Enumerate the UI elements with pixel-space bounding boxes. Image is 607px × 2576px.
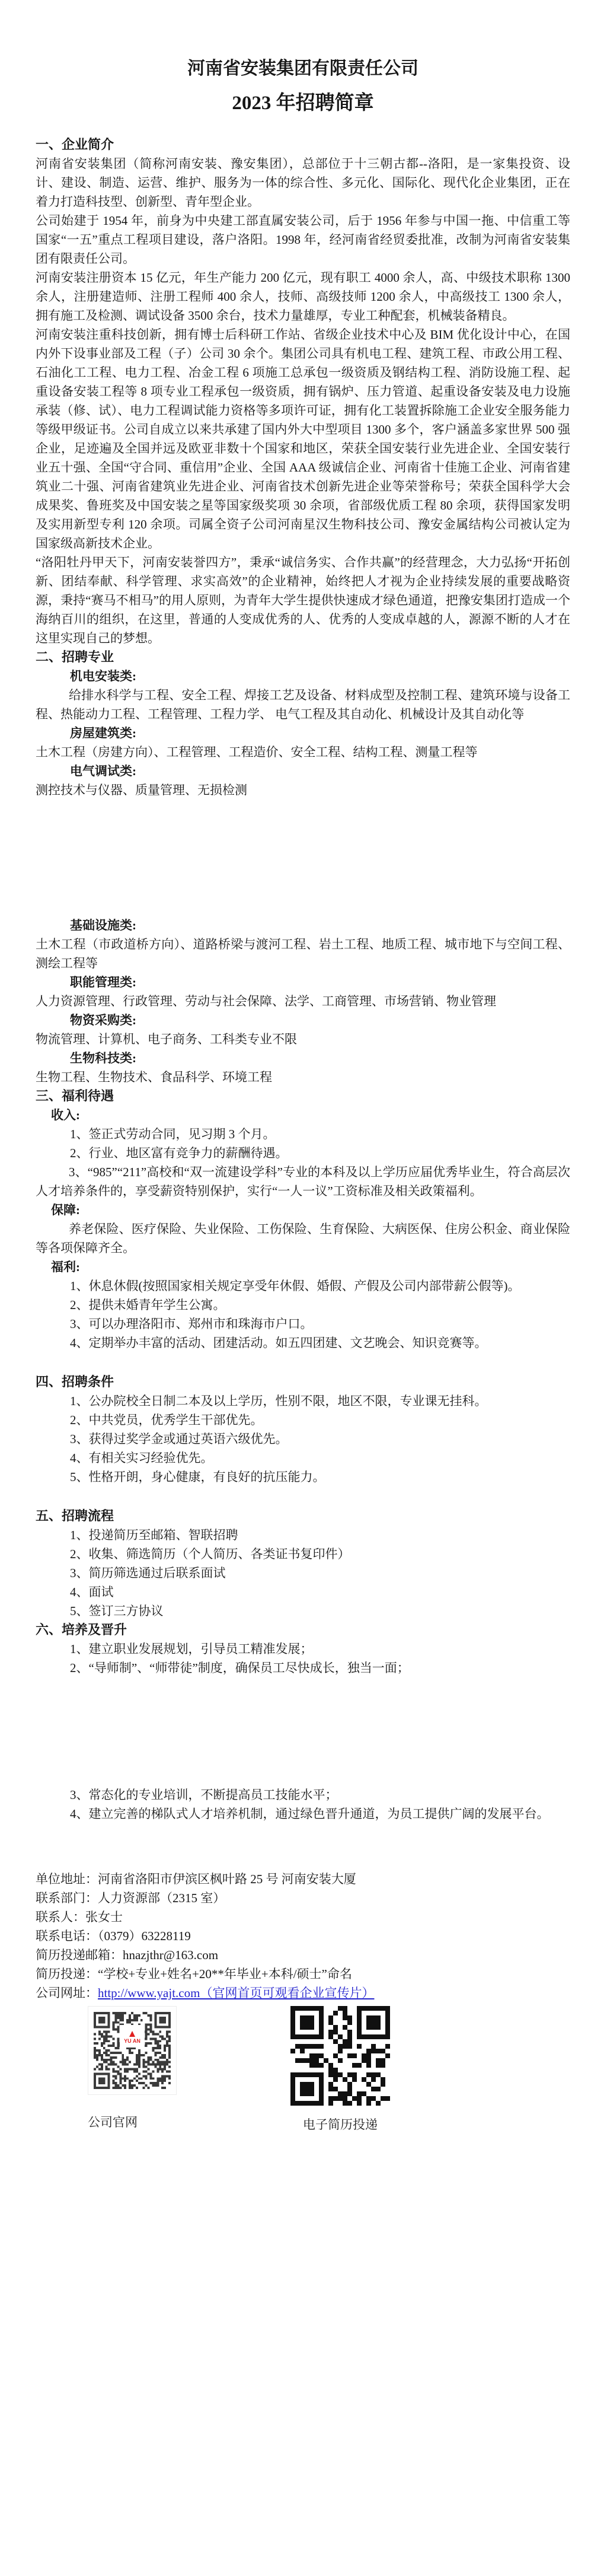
list-item: 4、有相关实习经验优先。 [70,1448,570,1467]
qr-caption-resume: 电子简历投递 [290,2115,390,2134]
category-heading: 生物科技类: [70,1049,570,1068]
company-url-label: 公司网址： [36,1986,98,2000]
paragraph: 给排水科学与工程、安全工程、焊接工艺及设备、材料成型及控制工程、建筑环境与设备工… [36,686,570,724]
page-break-gap [36,1486,570,1507]
recruitment-notice-page: 河南省安装集团有限责任公司2023 年招聘简章一、企业简介河南省安装集团（简称河… [0,0,607,2576]
company-website-qr-code: ▲ YU AN [88,2006,177,2095]
contact-line: 单位地址：河南省洛阳市伊滨区枫叶路 25 号 河南安装大厦 [36,1870,570,1889]
resume-qr-code [290,2006,390,2106]
yuan-logo-text: YU AN [124,2038,140,2044]
list-item: 2、提供未婚青年学生公寓。 [70,1295,570,1314]
list-item: 1、休息休假(按照国家相关规定享受年休假、婚假、产假及公司内部带薪公假等)。 [70,1276,570,1295]
page-break-gap [36,1352,570,1373]
paragraph: 测控技术与仪器、质量管理、无损检测 [36,781,570,800]
benefit-heading: 福利: [51,1257,570,1276]
list-item: 5、性格开朗，身心健康，有良好的抗压能力。 [70,1467,570,1486]
benefit-heading: 收入: [51,1106,570,1125]
document-body: 河南省安装集团有限责任公司2023 年招聘简章一、企业简介河南省安装集团（简称河… [36,0,570,2002]
list-item: 1、公办院校全日制二本及以上学历，性别不限，地区不限，专业课无挂科。 [70,1392,570,1410]
qr-code-row: ▲ YU AN 公司官网 电子简历投递 [36,2006,390,2134]
paragraph: 3、“985”“211”高校和“双一流建设学科”专业的本科及以上学历应届优秀毕业… [36,1163,570,1201]
doc-subtitle: 2023 年招聘简章 [36,88,570,119]
list-item: 4、定期举办丰富的活动、团建活动。如五四团建、文艺晚会、知识竞赛等。 [70,1333,570,1352]
paragraph: 公司始建于 1954 年，前身为中央建工部直属安装公司，后于 1956 年参与中… [36,211,570,268]
section-heading: 六、培养及晋升 [36,1620,570,1639]
paragraph: 生物工程、生物技术、食品科学、环境工程 [36,1068,570,1087]
list-item: 4、面试 [70,1582,570,1601]
resume-qr-figure: 电子简历投递 [290,2006,390,2134]
company-url-line: 公司网址：http://www.yajt.com（官网首页可观看企业宣传片） [36,1983,570,2002]
category-heading: 基础设施类: [70,916,570,935]
list-item: 3、获得过奖学金或通过英语六级优先。 [70,1429,570,1448]
list-item: 1、签正式劳动合同，见习期 3 个月。 [70,1125,570,1144]
category-heading: 机电安装类: [70,667,570,686]
section-heading: 五、招聘流程 [36,1507,570,1526]
list-item: 2、中共党员，优秀学生干部优先。 [70,1410,570,1429]
paragraph: “洛阳牡丹甲天下，河南安装誉四方”，秉承“诚信务实、合作共赢”的经营理念，大力弘… [36,553,570,648]
qr-image [94,2012,171,2089]
paragraph: 河南安装注册资本 15 亿元，年生产能力 200 亿元，现有职工 4000 余人… [36,268,570,325]
category-heading: 房屋建筑类: [70,724,570,743]
paragraph: 人力资源管理、行政管理、劳动与社会保障、法学、工商管理、市场营销、物业管理 [36,992,570,1011]
section-heading: 三、福利待遇 [36,1087,570,1106]
list-item: 3、常态化的专业培训，不断提高员工技能水平； [70,1785,570,1804]
list-item: 1、建立职业发展规划，引导员工精准发展； [70,1639,570,1658]
list-item: 4、建立完善的梯队式人才培养机制，通过绿色晋升通道，为员工提供广阔的发展平台。 [70,1804,570,1823]
list-item: 2、“导师制”、“师带徒”制度，确保员工尽快成长，独当一面； [70,1658,570,1677]
list-item: 2、行业、地区富有竞争力的薪酬待遇。 [70,1144,570,1163]
contact-line: 简历投递邮箱：hnazjthr@163.com [36,1945,570,1964]
section-heading: 一、企业简介 [36,135,570,154]
list-item: 5、签订三方协议 [70,1601,570,1620]
paragraph: 养老保险、医疗保险、失业保险、工伤保险、生育保险、大病医保、住房公积金、商业保险… [36,1219,570,1257]
company-website-link[interactable]: http://www.yajt.com（官网首页可观看企业宣传片） [98,1986,374,2000]
list-item: 2、收集、筛选简历（个人简历、各类证书复印件） [70,1545,570,1564]
page-break-gap [36,1677,570,1785]
category-heading: 职能管理类: [70,973,570,992]
yuan-logo-triangle-icon: ▲ [127,2029,138,2038]
contact-line: 联系电话：（0379）63228119 [36,1927,570,1945]
paragraph: 河南安装注重科技创新，拥有博士后科研工作站、省级企业技术中心及 BIM 优化设计… [36,325,570,553]
paragraph: 物流管理、计算机、电子商务、工科类专业不限 [36,1030,570,1049]
paragraph: 土木工程（房建方向）、工程管理、工程造价、安全工程、结构工程、测量工程等 [36,743,570,762]
list-item: 3、可以办理洛阳市、郑州市和珠海市户口。 [70,1314,570,1333]
contact-line: 联系人：张女士 [36,1908,570,1927]
contact-line: 联系部门：人力资源部（2315 室） [36,1889,570,1908]
company-website-qr-figure: ▲ YU AN 公司官网 [88,2006,177,2132]
benefit-heading: 保障: [51,1201,570,1219]
contact-line: 简历投递：“学校+专业+姓名+20**年毕业+本科/硕士”命名 [36,1964,570,1983]
qr-image [290,2006,390,2106]
yuan-logo: ▲ YU AN [120,2025,145,2048]
qr-caption-website: 公司官网 [88,2113,177,2132]
paragraph: 河南省安装集团（简称河南安装、豫安集团），总部位于十三朝古都--洛阳，是一家集投… [36,154,570,211]
category-heading: 物资采购类: [70,1011,570,1030]
doc-title: 河南省安装集团有限责任公司 [36,56,570,82]
list-item: 1、投递简历至邮箱、智联招聘 [70,1526,570,1545]
page-break-gap [36,800,570,916]
list-item: 3、简历筛选通过后联系面试 [70,1564,570,1582]
category-heading: 电气调试类: [70,762,570,781]
section-heading: 四、招聘条件 [36,1373,570,1392]
paragraph: 土木工程（市政道桥方向）、道路桥梁与渡河工程、岩土工程、地质工程、城市地下与空间… [36,935,570,973]
page-break-gap [36,1823,570,1870]
section-heading: 二、招聘专业 [36,648,570,667]
